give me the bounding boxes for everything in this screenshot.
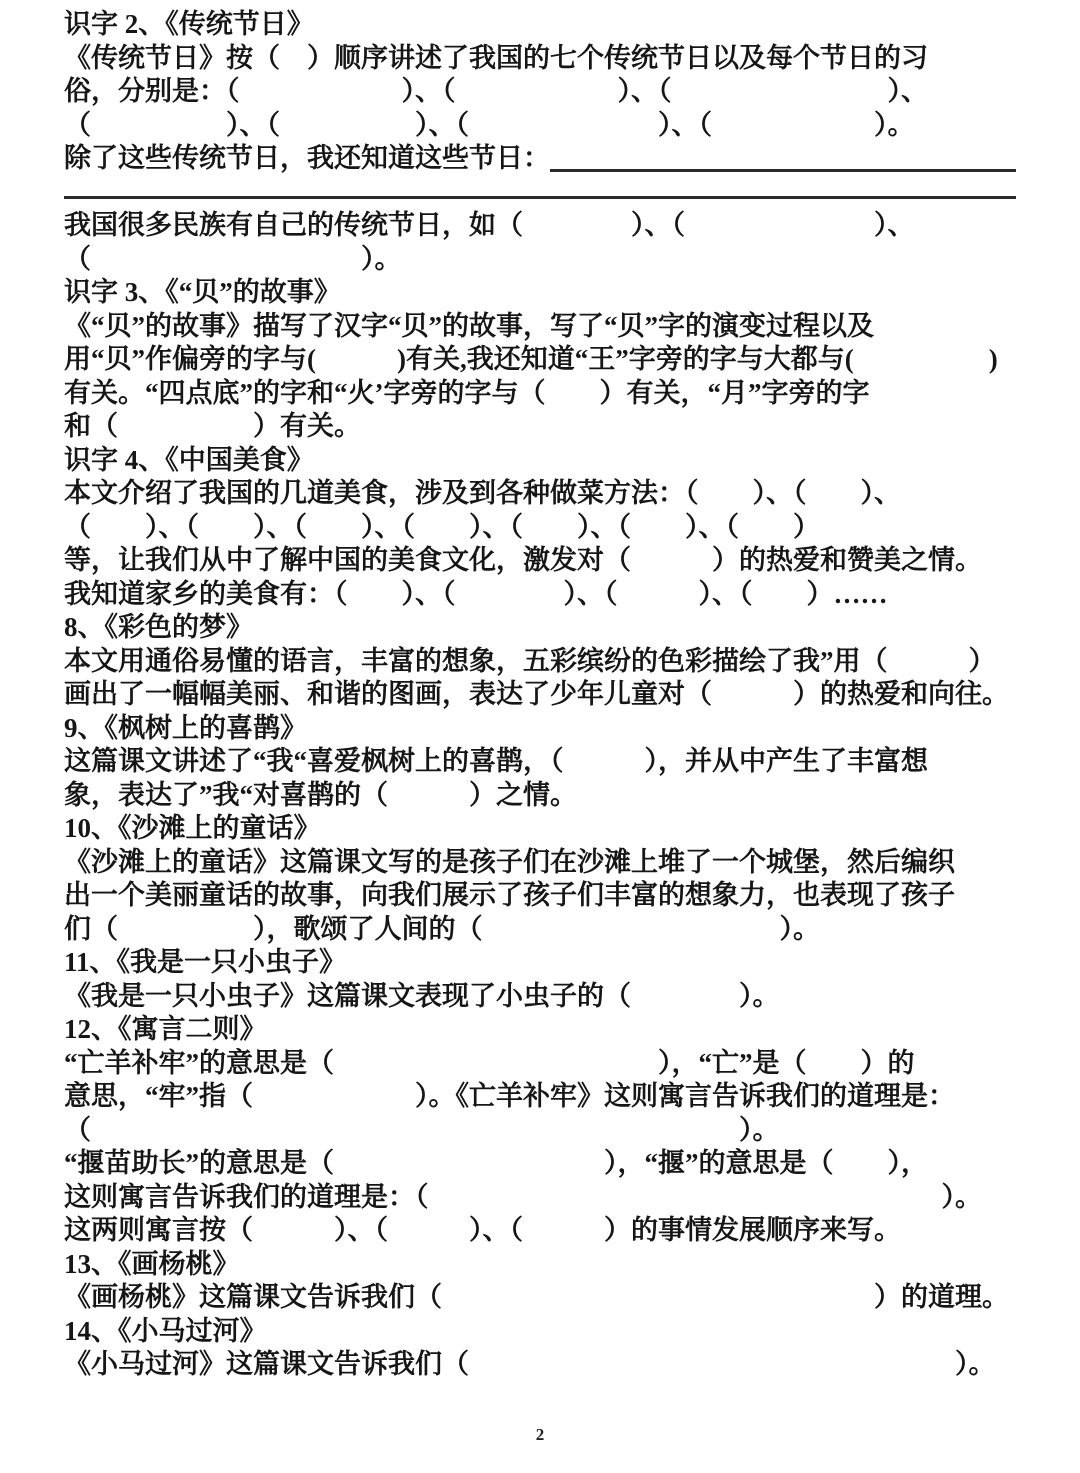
text-line: 13、《画杨桃》 (64, 1248, 1016, 1282)
text-line: 《画杨桃》这篇课文告诉我们（ ）的道理。 (64, 1281, 1016, 1315)
text-line: 《传统节日》按（ ）顺序讲述了我国的七个传统节日以及每个节日的习 (64, 42, 1016, 76)
text-line: 我国很多民族有自己的传统节日，如（ ）、（ ）、 (64, 209, 1016, 243)
text-line: 识字 3、《“贝”的故事》 (64, 276, 1016, 310)
text-line: 们（ ），歌颂了人间的（ ）。 (64, 913, 1016, 947)
text-line: 《“贝”的故事》描写了汉字“贝”的故事，写了“贝”字的演变过程以及 (64, 310, 1016, 344)
text-line: 8、《彩色的梦》 (64, 611, 1016, 645)
text-line: 14、《小马过河》 (64, 1315, 1016, 1349)
text-line: 意思，“牢”指（ ）。《亡羊补牢》这则寓言告诉我们的道理是： (64, 1080, 1016, 1114)
text-line: 出一个美丽童话的故事，向我们展示了孩子们丰富的想象力，也表现了孩子 (64, 879, 1016, 913)
text-line: 这两则寓言按（ ）、（ ）、（ ）的事情发展顺序来写。 (64, 1214, 1016, 1248)
line-text: 除了这些传统节日，我还知道这些节日： (64, 142, 550, 176)
text-line: 这篇课文讲述了“我“喜爱枫树上的喜鹊，（ ），并从中产生了丰富想 (64, 745, 1016, 779)
text-line: 12、《寓言二则》 (64, 1013, 1016, 1047)
worksheet-page: 识字 2、《传统节日》《传统节日》按（ ）顺序讲述了我国的七个传统节日以及每个节… (0, 0, 1080, 1473)
text-line: （ ）。 (64, 1114, 1016, 1148)
text-line: 和（ ）有关。 (64, 410, 1016, 444)
text-line: 10、《沙滩上的童话》 (64, 812, 1016, 846)
text-line: “亡羊补牢”的意思是（ ），“亡”是（ ）的 (64, 1047, 1016, 1081)
text-line: 俗，分别是：（ ）、（ ）、（ ）、 (64, 75, 1016, 109)
write-in-rule (64, 176, 1016, 199)
text-line: （ ）、（ ）、（ ）、（ ）。 (64, 109, 1016, 143)
page-number: 2 (0, 1425, 1080, 1445)
text-line: “揠苗助长”的意思是（ ），“揠”的意思是（ ）， (64, 1147, 1016, 1181)
text-line: 等，让我们从中了解中国的美食文化，激发对（ ）的热爱和赞美之情。 (64, 544, 1016, 578)
text-line: 识字 2、《传统节日》 (64, 8, 1016, 42)
text-line: 本文用通俗易懂的语言，丰富的想象，五彩缤纷的色彩描绘了我”用（ ） (64, 645, 1016, 679)
text-line: 画出了一幅幅美丽、和谐的图画，表达了少年儿童对（ ）的热爱和向往。 (64, 678, 1016, 712)
text-line: 有关。“四点底”的字和“火’字旁的字与（ ）有关，“月”字旁的字 (64, 377, 1016, 411)
document-body: 识字 2、《传统节日》《传统节日》按（ ）顺序讲述了我国的七个传统节日以及每个节… (64, 8, 1016, 1382)
text-line: 本文介绍了我国的几道美食，涉及到各种做菜方法：（ ）、（ ）、 (64, 477, 1016, 511)
text-line: （ ）、（ ）、（ ）、（ ）、（ ）、（ ）、（ ） (64, 511, 1016, 545)
text-line: 11、《我是一只小虫子》 (64, 946, 1016, 980)
text-line: 象，表达了”我“对喜鹊的（ ）之情。 (64, 779, 1016, 813)
text-line: 《我是一只小虫子》这篇课文表现了小虫子的（ ）。 (64, 980, 1016, 1014)
text-line: 9、《枫树上的喜鹊》 (64, 712, 1016, 746)
text-line: 这则寓言告诉我们的道理是：（ ）。 (64, 1181, 1016, 1215)
write-in-blank (550, 142, 1016, 172)
text-line: 《小马过河》这篇课文告诉我们（ ）。 (64, 1348, 1016, 1382)
text-line: （ ）。 (64, 243, 1016, 277)
text-line-with-blank: 除了这些传统节日，我还知道这些节日： (64, 142, 1016, 176)
ruled-blank-line (64, 176, 1016, 210)
text-line: 识字 4、《中国美食》 (64, 444, 1016, 478)
text-line: 《沙滩上的童话》这篇课文写的是孩子们在沙滩上堆了一个城堡，然后编织 (64, 846, 1016, 880)
text-line: 我知道家乡的美食有：（ ）、（ ）、（ ）、（ ）…… (64, 578, 1016, 612)
text-line: 用“贝”作偏旁的字与( )有关,我还知道“王”字旁的字与大都与( ) (64, 343, 1016, 377)
